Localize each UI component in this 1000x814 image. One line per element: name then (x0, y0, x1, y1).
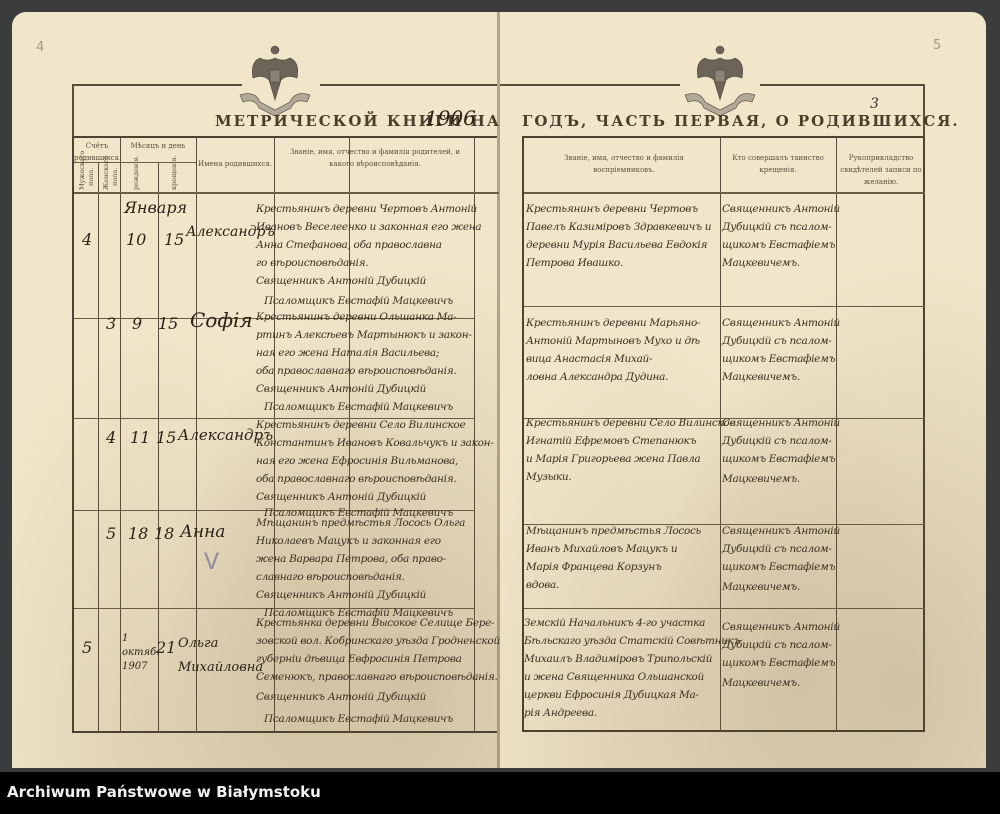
entry-3-male-no: 4 (106, 428, 116, 447)
header-signatures: Рукоприкладство свидѣтелей записи по жел… (838, 152, 924, 188)
entry-1-male-no: 4 (82, 230, 92, 249)
frame-line (320, 84, 497, 86)
entry-2-child-name: Софія (190, 308, 253, 332)
left-register-table: Счётъ родившихся. Мужескаго пола. Женска… (72, 136, 497, 733)
frame-line (500, 84, 680, 86)
entry-5-psalmist: Псаломщикъ Евстафій Мацкевичъ (264, 710, 453, 729)
entry-5-baptism-day: 21 (156, 638, 176, 657)
header-bottom-line (524, 192, 925, 194)
frame-line (760, 84, 925, 86)
entry-4-child-name: Анна (180, 522, 225, 542)
entry-4-officiant-line: Мацкевичемъ. (722, 578, 800, 597)
entry-5-officiant-line: Дубицкій съ псалом- (722, 636, 832, 655)
entry-5-parents-line: Крестьянка деревни Высокое Селище Бере- (256, 614, 494, 633)
imperial-eagle-icon-left (235, 40, 315, 120)
entry-2-godparents-line: Крестьянинъ деревни Марьяно- (526, 314, 700, 333)
entry-5-godparents-line: церкви Ефросинія Дубицкая Ма- (524, 686, 699, 705)
entry-1-birth-day: 10 (126, 230, 146, 249)
entry-1-godparents-line: Петрова Ивашко. (526, 254, 623, 273)
entry-5-officiant-line: Мацкевичемъ. (722, 674, 800, 693)
entry-2-parents-line: ная его жена Наталія Васильева; (256, 344, 439, 363)
archive-name: Archiwum Państwowe w Białymstoku (7, 783, 321, 801)
entry-3-officiant-line: щикомъ Евстафіемъ (722, 450, 835, 469)
imperial-eagle-icon-right (680, 40, 760, 120)
archive-caption-bar: Archiwum Państwowe w Białymstoku (0, 772, 1000, 814)
entry-4-parents-line: Николаевъ Мацукъ и законная его (256, 532, 441, 551)
entry-5-godparents-line: и жена Священника Ольшанской (524, 668, 704, 687)
left-page-number: 4 (36, 40, 44, 55)
entry-4-parents-line: Мѣщанинъ предмѣстья Лосось Ольга (256, 514, 465, 533)
pencil-check-mark: V (204, 550, 219, 575)
entry-1-parents-line: Анна Стефанова, оба православна (256, 236, 442, 255)
entry-5-birth-day: 1 октяб. 1907 (122, 632, 152, 674)
entry-4-godparents-line: вдова. (526, 576, 559, 595)
entry-1-officiant-line: щикомъ Евстафіемъ (722, 236, 835, 255)
entry-2-officiant-line: щикомъ Евстафіемъ (722, 350, 835, 369)
frame-line (72, 84, 74, 136)
right-page-number: 5 (933, 38, 941, 53)
entry-5-parents-line: Семенюкъ, православнаго вѣроисповѣданія. (256, 668, 498, 687)
header-officiant: Кто совершалъ таинство крещенія. (724, 152, 832, 176)
frame-line (72, 84, 242, 86)
entry-2-female-no: 3 (106, 314, 116, 333)
entry-3-godparents-line: и Марія Григорьева жена Павла (526, 450, 700, 469)
entry-4-priest: Священникъ Антоній Дубицкій (256, 586, 426, 605)
column-divider (98, 162, 99, 733)
entry-2-parents-line: Крестьянинъ деревни Ольшанка Ма- (256, 308, 456, 327)
entry-3-godparents-line: Крестьянинъ деревни Село Вилинское (526, 414, 735, 433)
header-parents: Званіе, имя, отчество и фамилія родителе… (280, 146, 470, 170)
entry-2-godparents-line: Антоній Мартыновъ Мухо и дѣ (526, 332, 700, 351)
entry-5-godparents-line: рія Андреева. (524, 704, 597, 723)
row-divider (524, 306, 925, 307)
entry-3-parents-line: Крестьянинъ деревни Село Вилинское (256, 416, 465, 435)
entry-3-baptism-day: 15 (156, 428, 176, 447)
column-divider (120, 138, 121, 733)
entry-3-officiant-line: Дубицкій съ псалом- (722, 432, 832, 451)
entry-4-godparents-line: Мѣщанинъ предмѣстья Лосось (526, 522, 701, 541)
entry-4-godparents-line: Марія Францева Корзунъ (526, 558, 662, 577)
entry-3-officiant-line: Священникъ Антоній (722, 414, 840, 433)
entry-2-priest: Священникъ Антоній Дубицкій (256, 380, 426, 399)
entry-2-baptism-day: 15 (158, 314, 178, 333)
column-divider (836, 138, 837, 732)
folio-mark: 3 (870, 96, 879, 112)
entry-4-parents-line: славнаго вѣроисповѣданія. (256, 568, 405, 587)
entry-5-officiant-line: Священникъ Антоній (722, 618, 840, 637)
entry-3-parents-line: оба православнаго вѣроисповѣданія. (256, 470, 456, 489)
entry-1-priest: Священникъ Антоній Дубицкій (256, 272, 426, 291)
header-child-name: Имена родившихся. (196, 158, 274, 170)
header-count-female: Женскаго пола. (102, 164, 120, 190)
row-divider (524, 608, 925, 609)
entry-3-birth-day: 11 (130, 428, 150, 447)
title-year: 1906 (425, 106, 476, 130)
entry-2-godparents-line: вица Анастасія Михай- (526, 350, 652, 369)
entry-5-priest: Священникъ Антоній Дубицкій (256, 688, 426, 707)
entry-1-godparents-line: Крестьянинъ деревни Чертовъ (526, 200, 698, 219)
entry-5-parents-line: губерніи дѣвица Евфросинія Петрова (256, 650, 462, 669)
entry-3-godparents-line: Игнатій Ефремовъ Степанюкъ (526, 432, 696, 451)
entry-2-officiant-line: Священникъ Антоній (722, 314, 840, 333)
entry-4-baptism-day: 18 (154, 524, 174, 543)
header-date: Мѣсяцъ и день (120, 140, 196, 152)
entry-5-officiant-line: щикомъ Евстафіемъ (722, 654, 835, 673)
entry-4-female-no: 5 (106, 524, 116, 543)
entry-5-godparents-line: Бѣльскаго уѣзда Статскій Совѣтникъ (524, 632, 740, 651)
title-right: ГОДЪ, ЧАСТЬ ПЕРВАЯ, О РОДИВШИХСЯ. (522, 112, 960, 130)
entry-1-godparents-line: Павелъ Казиміровъ Здравкевичъ и (526, 218, 711, 237)
entry-1-parents-line: Крестьянинъ деревни Чертовъ Антоній (256, 200, 477, 219)
header-date-baptism: крещенія. (170, 164, 179, 190)
entry-4-officiant-line: Священникъ Антоній (722, 522, 840, 541)
entry-1-parents-line: Ивановъ Веселеенко и законная его жена (256, 218, 481, 237)
scan-background: 4 5 3 МЕТРИЧЕСКОЙ КНИГИ НА 1906 ГОДЪ, ЧА… (0, 0, 1000, 772)
entry-2-psalmist: Псаломщикъ Евстафій Мацкевичъ (264, 398, 453, 417)
entry-2-officiant-line: Дубицкій съ псалом- (722, 332, 832, 351)
entry-1-baptism-day: 15 (164, 230, 184, 249)
header-godparents: Званіе, имя, отчество и фамилія воспріем… (534, 152, 714, 176)
entry-1-godparents-line: деревни Мурія Васильева Евдокія (526, 236, 707, 255)
entry-4-birth-day: 18 (128, 524, 148, 543)
entry-5-godparents-line: Михаилъ Владиміровъ Трипольскій (524, 650, 712, 669)
entry-4-officiant-line: Дубицкій съ псалом- (722, 540, 832, 559)
entry-2-parents-line: оба православнаго вѣроисповѣданія. (256, 362, 456, 381)
entry-3-officiant-line: Мацкевичемъ. (722, 470, 800, 489)
right-register-table: Званіе, имя, отчество и фамилія воспріем… (522, 136, 925, 732)
entry-4-godparents-line: Иванъ Михайловъ Мацукъ и (526, 540, 677, 559)
entry-2-parents-line: ртинъ Алексѣевъ Мартынюкъ и закон- (256, 326, 472, 345)
entry-5-godparents-line: Земскій Начальникъ 4-го участка (524, 614, 705, 633)
entry-5-child-name: Ольга Михайловна (178, 632, 254, 680)
entry-3-godparents-line: Музыки. (526, 468, 571, 487)
entry-1-parents-line: го вѣроисповѣданія. (256, 254, 368, 273)
entry-1-officiant-line: Мацкевичемъ. (722, 254, 800, 273)
month-label: Января (124, 198, 187, 217)
entry-3-parents-line: Константинъ Ивановъ Ковальчукъ и закон- (256, 434, 493, 453)
entry-4-parents-line: жена Варвара Петрова, оба право- (256, 550, 446, 569)
entry-4-officiant-line: щикомъ Евстафіемъ (722, 558, 835, 577)
entry-2-birth-day: 9 (132, 314, 142, 333)
header-bottom-line (74, 192, 499, 194)
header-date-birth: рожденія. (132, 164, 141, 190)
entry-2-godparents-line: ловна Александра Дудина. (526, 368, 668, 387)
entry-5-male-no: 5 (82, 638, 92, 657)
entry-2-officiant-line: Мацкевичемъ. (722, 368, 800, 387)
entry-5-parents-line: зовской вол. Кобринскаго уѣзда Гродненск… (256, 632, 500, 651)
header-count-male: Мужескаго пола. (78, 164, 96, 190)
entry-1-officiant-line: Священникъ Антоній (722, 200, 840, 219)
entry-1-officiant-line: Дубицкій съ псалом- (722, 218, 832, 237)
entry-3-parents-line: ная его жена Ефросинія Вильманова, (256, 452, 458, 471)
